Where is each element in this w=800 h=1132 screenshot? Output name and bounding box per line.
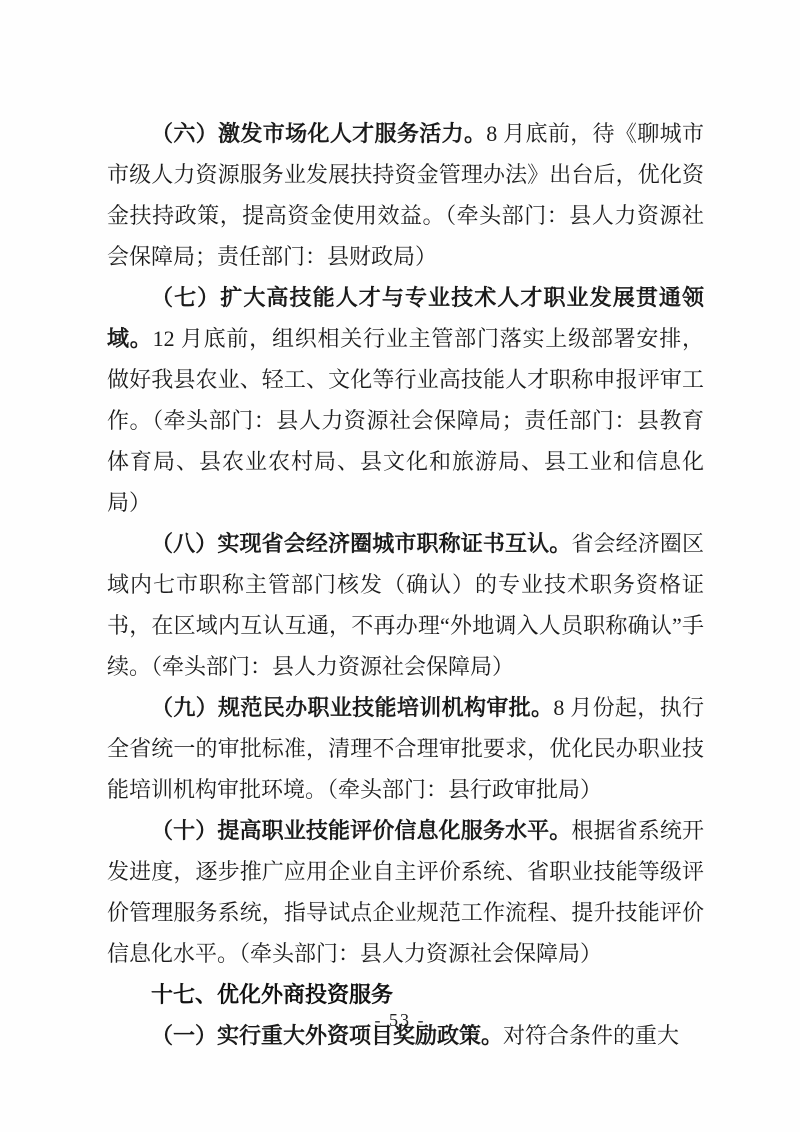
- paragraph-item-6: （六）激发市场化人才服务活力。8 月底前，待《聊城市市级人力资源服务业发展扶持资…: [107, 113, 704, 277]
- paragraph-lead: （六）激发市场化人才服务活力。: [151, 121, 486, 146]
- paragraph-item-9: （九）规范民办职业技能培训机构审批。8 月份起，执行全省统一的审批标准，清理不合…: [107, 687, 704, 810]
- paragraph-lead: （九）规范民办职业技能培训机构审批。: [151, 695, 553, 720]
- paragraph-text: 12 月底前，组织相关行业主管部门落实上级部署安排，做好我县农业、轻工、文化等行…: [107, 326, 704, 515]
- document-body: （六）激发市场化人才服务活力。8 月底前，待《聊城市市级人力资源服务业发展扶持资…: [107, 113, 704, 1056]
- paragraph-item-7: （七）扩大高技能人才与专业技术人才职业发展贯通领域。12 月底前，组织相关行业主…: [107, 277, 704, 523]
- paragraph-item-10: （十）提高职业技能评价信息化服务水平。根据省系统开发进度，逐步推广应用企业自主评…: [107, 810, 704, 974]
- paragraph-lead: （十）提高职业技能评价信息化服务水平。: [151, 818, 571, 843]
- paragraph-item-8: （八）实现省会经济圈城市职称证书互认。省会经济圈区域内七市职称主管部门核发（确认…: [107, 523, 704, 687]
- document-page: （六）激发市场化人才服务活力。8 月底前，待《聊城市市级人力资源服务业发展扶持资…: [0, 0, 800, 1132]
- paragraph-lead: （八）实现省会经济圈城市职称证书互认。: [151, 531, 571, 556]
- page-number: - 53 -: [0, 1002, 800, 1038]
